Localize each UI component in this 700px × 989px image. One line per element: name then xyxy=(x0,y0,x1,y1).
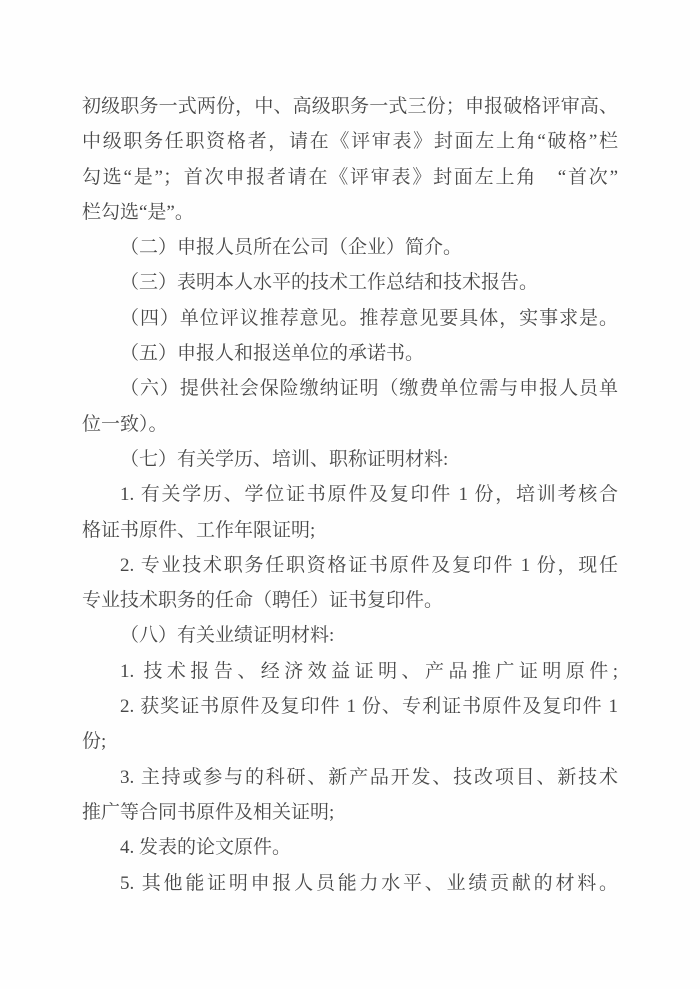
text-line: 专业技术职务的任命（聘任）证书复印件。 xyxy=(82,583,618,618)
text-line: 中级职务任职资格者，请在《评审表》封面左上角“破格”栏 xyxy=(82,124,618,159)
text-line: （三）表明本人水平的技术工作总结和技术报告。 xyxy=(82,265,618,300)
text-line: 初级职务一式两份，中、高级职务一式三份；申报破格评审高、 xyxy=(82,89,618,124)
text-line: 勾选“是”；首次申报者请在《评审表》封面左上角 “首次” xyxy=(82,160,618,195)
text-line: 5. 其他能证明申报人员能力水平、业绩贡献的材料。 xyxy=(82,866,618,901)
text-line: （八）有关业绩证明材料: xyxy=(82,618,618,653)
text-line: 2. 获奖证书原件及复印件 1 份、专利证书原件及复印件 1 xyxy=(82,689,618,724)
text-line: 栏勾选“是”。 xyxy=(82,195,618,230)
text-line: 1. 技术报告、经济效益证明、产品推广证明原件; xyxy=(82,654,618,689)
text-line: 位一致）。 xyxy=(82,407,618,442)
text-line: （六）提供社会保险缴纳证明（缴费单位需与申报人员单 xyxy=(82,371,618,406)
text-line: （二）申报人员所在公司（企业）简介。 xyxy=(82,230,618,265)
text-line: 2. 专业技术职务任职资格证书原件及复印件 1 份，现任 xyxy=(82,548,618,583)
text-line: 1. 有关学历、学位证书原件及复印件 1 份，培训考核合 xyxy=(82,477,618,512)
text-line: 格证书原件、工作年限证明; xyxy=(82,513,618,548)
text-line: 4. 发表的论文原件。 xyxy=(82,830,618,865)
text-line: （七）有关学历、培训、职称证明材料: xyxy=(82,442,618,477)
text-line: 推广等合同书原件及相关证明; xyxy=(82,795,618,830)
text-line: （五）申报人和报送单位的承诺书。 xyxy=(82,336,618,371)
document-body: 初级职务一式两份，中、高级职务一式三份；申报破格评审高、中级职务任职资格者，请在… xyxy=(82,89,618,901)
text-line: （四）单位评议推荐意见。推荐意见要具体，实事求是。 xyxy=(82,301,618,336)
text-line: 3. 主持或参与的科研、新产品开发、技改项目、新技术 xyxy=(82,760,618,795)
text-line: 份; xyxy=(82,724,618,759)
document-page: 初级职务一式两份，中、高级职务一式三份；申报破格评审高、中级职务任职资格者，请在… xyxy=(0,0,700,989)
